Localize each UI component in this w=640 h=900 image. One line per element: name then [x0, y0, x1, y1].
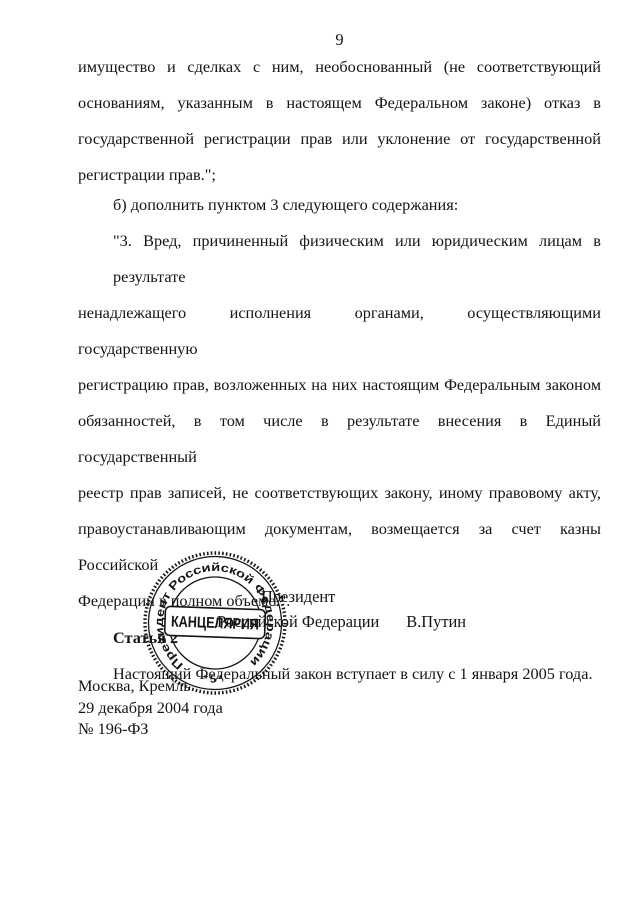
body-line-3: государственной регистрации прав или укл…	[78, 121, 601, 157]
body-line-6: "3. Вред, причиненный физическим или юри…	[78, 223, 601, 295]
body-line-1: имущество и сделках с ним, необоснованны…	[78, 49, 601, 85]
signer-name: В.Путин	[406, 609, 466, 634]
footer-law-number: № 196-ФЗ	[78, 718, 223, 740]
body-line-5: б) дополнить пунктом 3 следующего содерж…	[78, 187, 601, 223]
body-line-9: обязанностей, в том числе в результате в…	[78, 403, 601, 475]
signer-title: Президент Российской Федерации	[217, 584, 379, 634]
document-page: 9 имущество и сделках с ним, необоснован…	[0, 0, 640, 900]
signer-title-line2: Российской Федерации	[217, 609, 379, 634]
footer-block: Москва, Кремль 29 декабря 2004 года № 19…	[78, 675, 223, 740]
signature-block: Президент Российской Федерации В.Путин	[217, 584, 466, 634]
body-line-8: регистрацию прав, возложенных на них нас…	[78, 367, 601, 403]
signer-title-line1: Президент	[217, 584, 379, 609]
page-number: 9	[78, 30, 601, 50]
body-line-10: реестр прав записей, не соответствующих …	[78, 475, 601, 511]
body-line-2: основаниям, указанным в настоящем Федера…	[78, 85, 601, 121]
body-line-7: ненадлежащего исполнения органами, осуще…	[78, 295, 601, 367]
footer-place: Москва, Кремль	[78, 675, 223, 697]
footer-date: 29 декабря 2004 года	[78, 697, 223, 719]
